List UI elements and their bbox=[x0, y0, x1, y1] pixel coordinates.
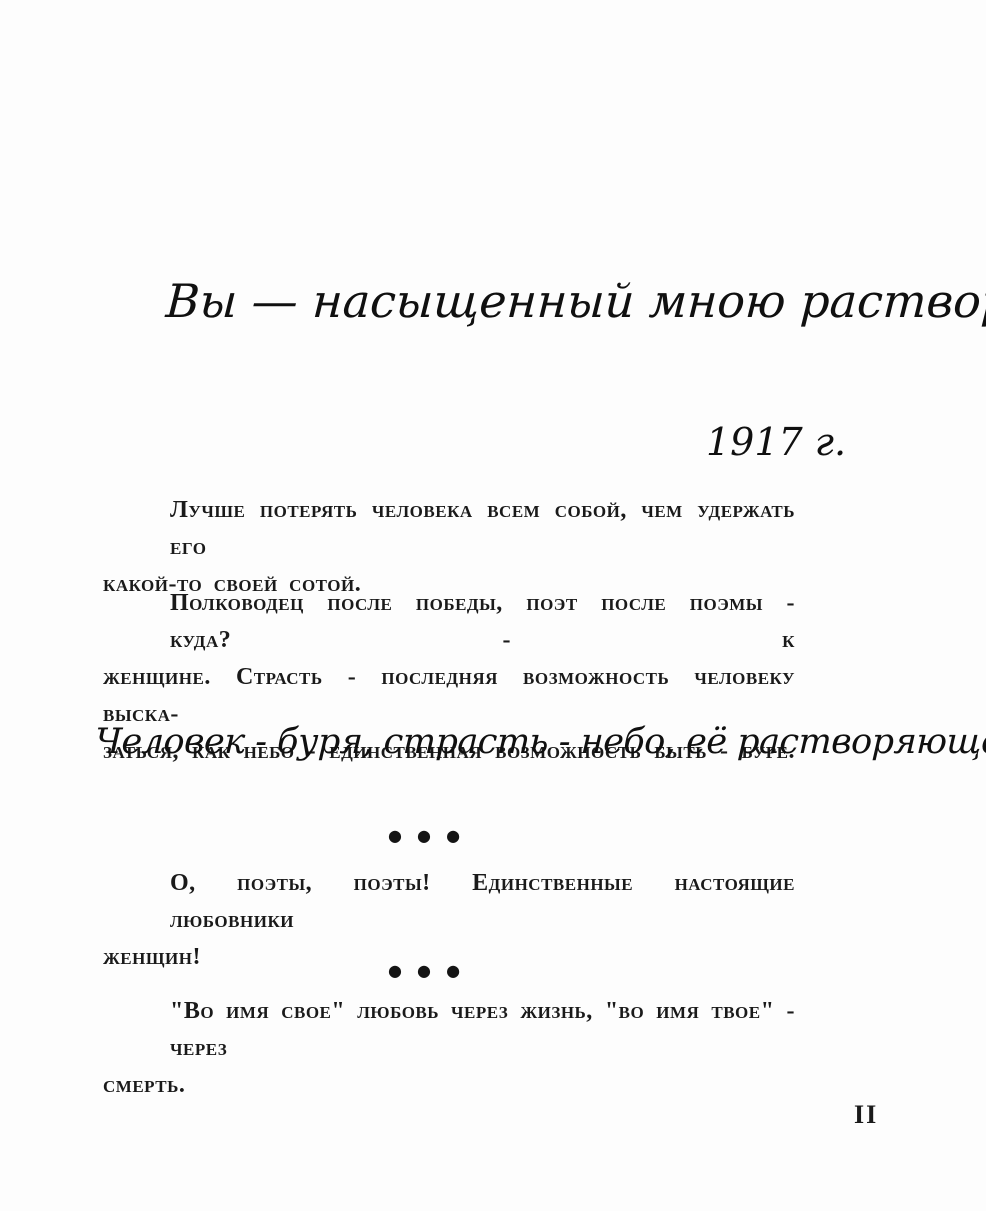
dots-separator: ● ● ● bbox=[388, 826, 465, 845]
page-number: II bbox=[854, 1100, 878, 1130]
text-line: "Во имя свое" любовь через жизнь, "во им… bbox=[103, 993, 795, 1067]
dots-separator: ● ● ● bbox=[388, 961, 465, 980]
handwritten-date: 1917 г. bbox=[706, 420, 846, 464]
text-line: О, поэты, поэты! Единственные настоящие … bbox=[103, 865, 795, 939]
scanned-document-page: Вы — насыщенный мною раствор 1917 г. Луч… bbox=[0, 0, 986, 1211]
paragraph-4: "Во имя свое" любовь через жизнь, "во им… bbox=[103, 993, 795, 1104]
text-line: Полководец после победы, поэт после поэм… bbox=[103, 585, 795, 659]
handwritten-aphorism: Человек - буря, страсть - небо, её раств… bbox=[94, 722, 986, 762]
text-line: Лучше потерять человека всем собой, чем … bbox=[103, 492, 795, 566]
paragraph-3: О, поэты, поэты! Единственные настоящие … bbox=[103, 865, 795, 976]
handwritten-title: Вы — насыщенный мною раствор bbox=[165, 274, 986, 328]
text-line: смерть. bbox=[103, 1067, 795, 1104]
